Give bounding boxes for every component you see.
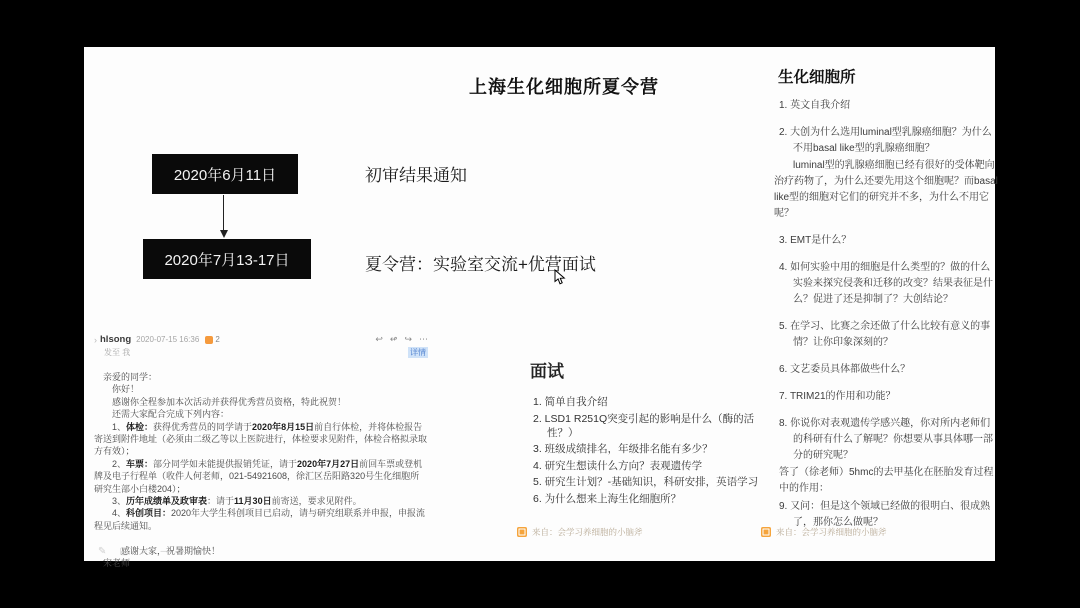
collapse-chevron-icon: ›	[94, 335, 97, 345]
institute-item: luminal型的乳腺癌细胞已经有很好的受体靶向治疗药物了，为什么还要先用这个细…	[774, 158, 1000, 222]
institute-item: 4. 如何实验中用的细胞是什么类型的？做的什么实验来探究侵袭和迁移的改变？结果表…	[779, 260, 1000, 308]
edit-icon: ✎	[98, 546, 106, 557]
email-action-icons: ↩ ↫ ↪ ⋯	[375, 334, 428, 345]
search-icon: ⌕	[142, 546, 148, 557]
interview-section: 面试 1. 简单自我介绍2. LSD1 R251Q突变引起的影响是什么（酶的活性…	[530, 357, 790, 508]
interview-item: 6. 为什么想来上海生化细胞所？	[533, 492, 773, 506]
email-recipient: 发至 我	[104, 347, 130, 358]
interview-list: 1. 简单自我介绍2. LSD1 R251Q突变引起的影响是什么（酶的活性？）3…	[533, 395, 773, 506]
interview-item: 2. LSD1 R251Q突变引起的影响是什么（酶的活性？）	[533, 412, 773, 440]
institute-item: 5. 在学习、比赛之余还做了什么比较有意义的事情？让你印象深刻的？	[779, 319, 1000, 351]
institute-item: 3. EMT是什么？	[779, 233, 1000, 249]
video-frame: 上海生化细胞所夏令营 2020年6月11日 初审结果通知 2020年7月13-1…	[0, 0, 1080, 608]
watermark-text: 来自：会学习养细胞的小脑斧	[776, 526, 887, 538]
interview-item: 1. 简单自我介绍	[533, 395, 773, 409]
timeline-date-box-2: 2020年7月13-17日	[143, 239, 311, 279]
watermark-right: 来自：会学习养细胞的小脑斧	[761, 526, 887, 538]
watermark-icon	[517, 527, 527, 537]
institute-section: 生化细胞所 1. 英文自我介绍2. 大创为什么选用luminal型乳腺癌细胞？为…	[774, 65, 1000, 531]
institute-item: 6. 文艺委员具体都做些什么？	[779, 362, 1000, 378]
watermark-text: 来自：会学习养细胞的小脑斧	[532, 526, 643, 538]
attachment-icon	[205, 336, 213, 344]
watermark-left: 来自：会学习养细胞的小脑斧	[517, 526, 643, 538]
email-subheader: 发至 我 详情	[92, 345, 430, 358]
more-icon: ⋯	[419, 334, 428, 345]
interview-item: 5. 研究生计划？-基础知识，科研安排，英语学习	[533, 475, 773, 489]
email-toolbar: ✎ ▢ ⌕ —	[98, 546, 170, 557]
email-screenshot: › hlsong 2020-07-15 16:36 2 ↩ ↫ ↪ ⋯ 发至 我…	[92, 331, 430, 557]
email-datetime: 2020-07-15 16:36	[136, 335, 199, 344]
institute-item: 7. TRIM21的作用和功能？	[779, 389, 1000, 405]
institute-item: 1. 英文自我介绍	[779, 98, 1000, 114]
email-header: › hlsong 2020-07-15 16:36 2 ↩ ↫ ↪ ⋯	[92, 331, 430, 345]
email-body: 亲爱的同学： 你好！ 感谢你全程参加本次活动并获得优秀营员资格，特此祝贺！ 还需…	[92, 371, 430, 570]
interview-heading: 面试	[530, 357, 790, 382]
institute-item: 8. 你说你对表观遗传学感兴趣，你对所内老师们的科研有什么了解呢？你想要从事具体…	[779, 416, 1000, 464]
institute-heading: 生化细胞所	[778, 65, 1000, 87]
arrow-head-icon	[220, 230, 228, 238]
watermark-icon	[761, 527, 771, 537]
email-sender: hlsong	[100, 334, 131, 345]
mouse-cursor-icon	[554, 269, 566, 286]
institute-item: 答了（徐老师）5hmc的去甲基化在胚胎发育过程中的作用：	[779, 465, 1000, 497]
timeline-date-box-1: 2020年6月11日	[152, 154, 298, 194]
forward-icon: ↪	[404, 334, 412, 345]
interview-item: 3. 班级成绩排名，年级排名能有多少？	[533, 442, 773, 456]
email-details-link: 详情	[408, 347, 428, 358]
institute-list: 1. 英文自我介绍2. 大创为什么选用luminal型乳腺癌细胞？为什么不用ba…	[774, 98, 1000, 531]
reply-icon: ↩	[375, 334, 383, 345]
interview-item: 4. 研究生想读什么方向？表观遗传学	[533, 459, 773, 473]
attachment-count: 2	[215, 335, 219, 344]
timeline-event-1: 初审结果通知	[365, 161, 467, 186]
institute-item: 2. 大创为什么选用luminal型乳腺癌细胞？为什么不用basal like型…	[779, 125, 1000, 157]
reply-all-icon: ↫	[390, 334, 398, 345]
minus-icon: —	[160, 546, 170, 557]
box-icon: ▢	[119, 546, 128, 557]
timeline-arrow	[223, 195, 224, 231]
slide: 上海生化细胞所夏令营 2020年6月11日 初审结果通知 2020年7月13-1…	[84, 47, 995, 561]
